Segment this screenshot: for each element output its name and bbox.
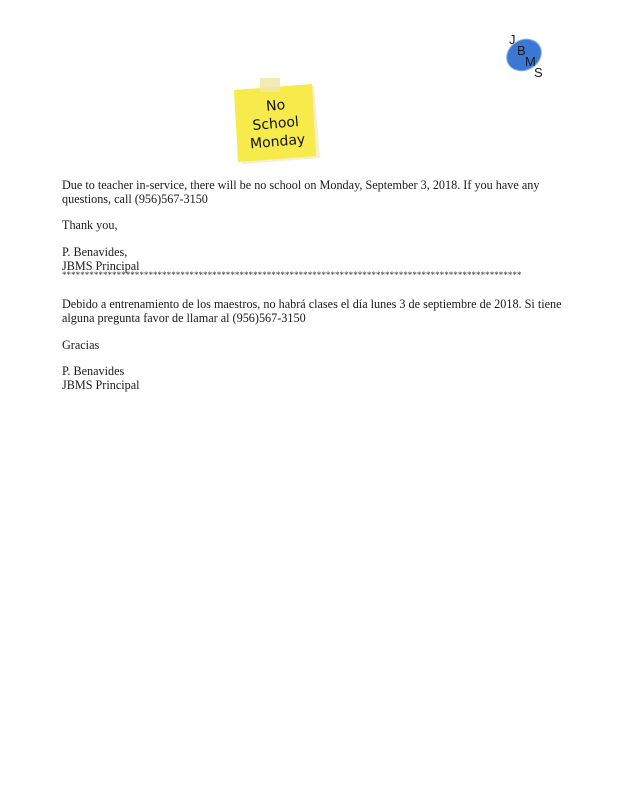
sticky-note-image: No School Monday [228,76,324,168]
svg-text:S: S [534,65,543,78]
svg-text:No: No [265,97,285,115]
spanish-paragraph-line-1: Debido a entrenamiento de los maestros, … [62,297,562,311]
separator-line: ****************************************… [62,270,556,280]
english-paragraph-line-1: Due to teacher in-service, there will be… [62,178,539,192]
english-closing: Thank you, [62,218,118,232]
svg-text:J: J [509,32,516,47]
spanish-paragraph-line-2: alguna pregunta favor de llamar al (956)… [62,311,306,325]
spanish-signature-name: P. Benavides [62,364,124,378]
jbms-logo: J B M S [494,30,550,78]
spanish-signature-title: JBMS Principal [62,378,140,392]
english-paragraph-line-2: questions, call (956)567-3150 [62,192,208,206]
spanish-closing: Gracias [62,338,99,352]
english-signature-name: P. Benavides, [62,245,127,259]
